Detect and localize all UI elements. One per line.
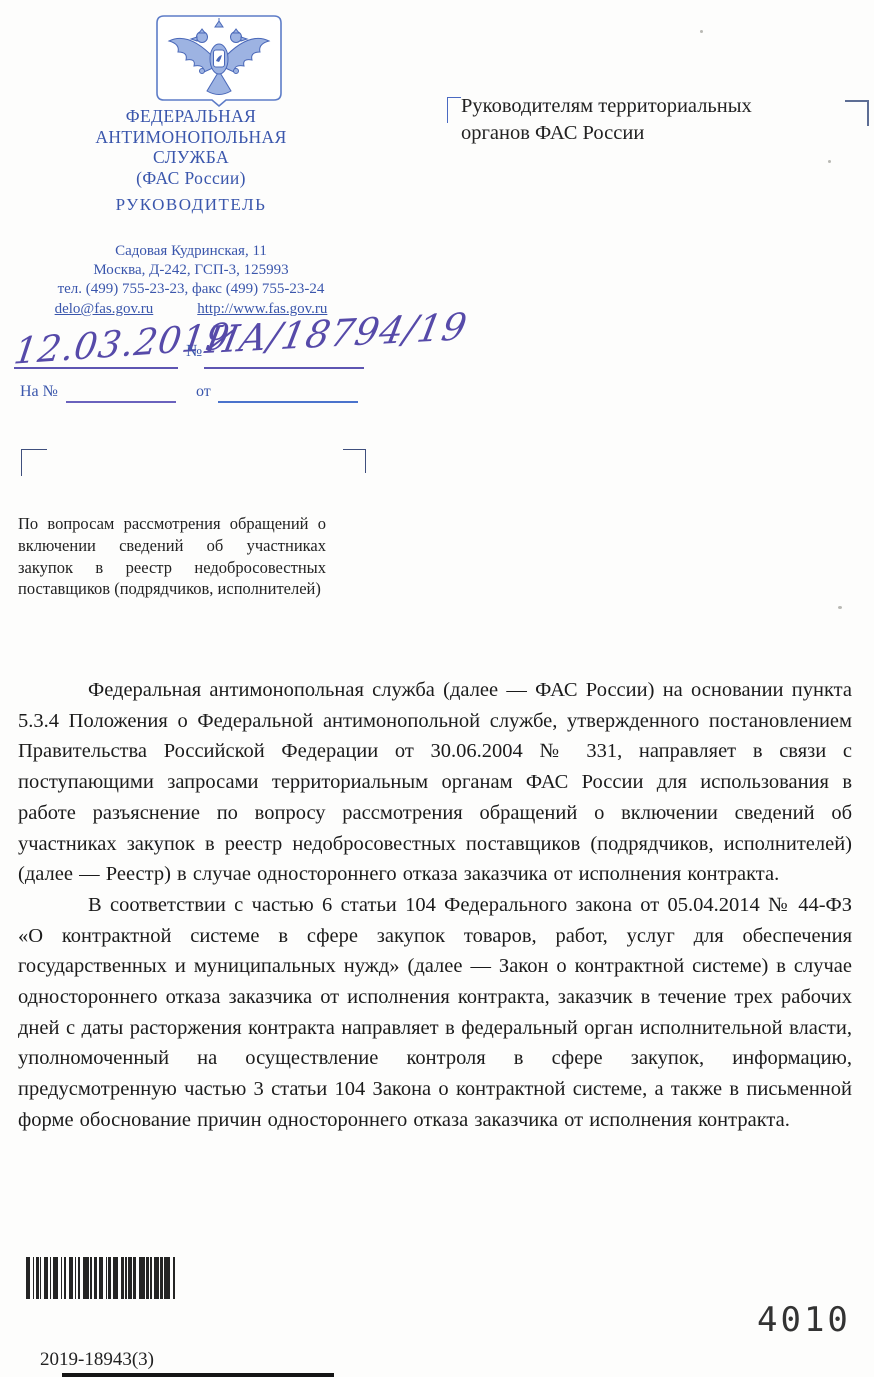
phone-fax: тел. (499) 755-23-23, факс (499) 755-23-… [10,280,372,299]
date-underline [14,367,178,369]
corner-mark-icon [845,100,869,126]
org-name-block: ФЕДЕРАЛЬНАЯ АНТИМОНОПОЛЬНАЯ СЛУЖБА (ФАС … [10,106,372,188]
position-title: РУКОВОДИТЕЛЬ [10,195,372,215]
address-block: Садовая Кудринская, 11 Москва, Д-242, ГС… [10,242,372,319]
address-city: Москва, Д-242, ГСП-3, 125993 [10,261,372,280]
org-name-line: ФЕДЕРАЛЬНАЯ [10,106,372,127]
scan-speck [700,30,703,33]
reply-number-blank [66,401,176,403]
scan-speck [828,160,831,163]
reply-date-blank [218,401,358,403]
letter-body: Федеральная антимонопольная служба (дале… [18,675,852,1136]
body-paragraph: Федеральная антимонопольная служба (дале… [18,675,852,890]
number-sign: № [186,341,202,361]
barcode [26,1257,175,1299]
email-link[interactable]: delo@fas.gov.ru [55,300,154,319]
page-stamp-number: 4010 [757,1300,851,1340]
address-street: Садовая Кудринская, 11 [10,242,372,261]
corner-mark-icon [343,449,366,473]
subject-annotation: По вопросам рассмотрения обращений о вкл… [18,513,326,600]
org-name-line: (ФАС России) [10,168,372,189]
reply-from-label: от [196,383,211,401]
scan-artifact [62,1373,334,1377]
number-underline [204,367,364,369]
recipient-line: органов ФАС России [461,120,821,147]
recipient-block: Руководителям территориальных органов ФА… [461,93,821,147]
case-number: 2019-18943(3) [40,1349,154,1371]
scanned-letter-page: ФЕДЕРАЛЬНАЯ АНТИМОНОПОЛЬНАЯ СЛУЖБА (ФАС … [0,0,874,1377]
org-name-line: СЛУЖБА [10,147,372,168]
body-paragraph: В соответствии с частью 6 статьи 104 Фед… [18,890,852,1136]
corner-mark-icon [21,449,47,476]
scan-speck [838,606,842,609]
recipient-line: Руководителям территориальных [461,93,821,120]
coat-of-arms-icon [155,14,283,108]
reply-to-label: На № [20,383,58,401]
org-name-line: АНТИМОНОПОЛЬНАЯ [10,127,372,148]
corner-mark-icon [447,97,461,123]
